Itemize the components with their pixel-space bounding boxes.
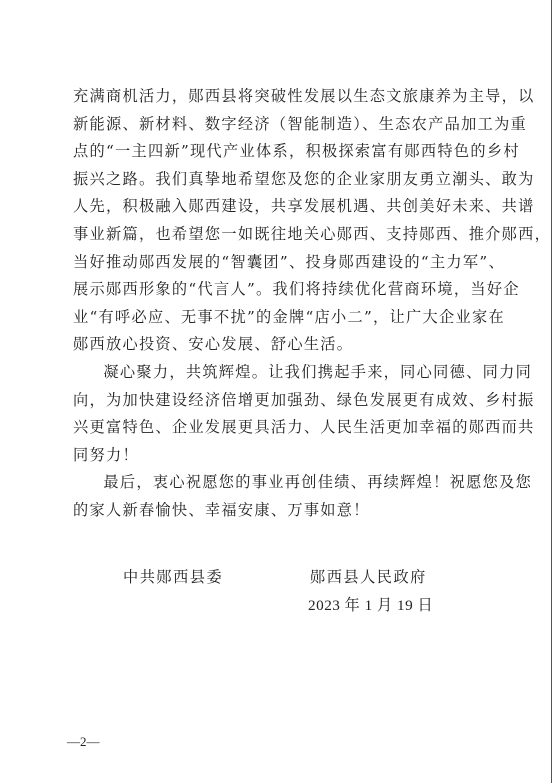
text-line: 最后，衷心祝愿您的事业再创佳绩、再续辉煌！祝愿您及您 bbox=[73, 469, 485, 497]
signature-date: 2023 年 1 月 19 日 bbox=[308, 594, 433, 615]
text-line: 当好推动郧西发展的“智囊团”、投身郧西建设的“主力军”、 bbox=[73, 249, 485, 277]
text-line: 新能源、新材料、数字经济（智能制造）、生态农产品加工为重 bbox=[73, 111, 485, 139]
text-line: 事业新篇，也希望您一如既往地关心郧西、支持郧西、推介郧西， bbox=[73, 221, 485, 249]
text-line: 业“有呼必应、无事不扰”的金牌“店小二”，让广大企业家在 bbox=[73, 304, 485, 332]
text-line: 充满商机活力，郧西县将突破性发展以生态文旅康养为主导，以 bbox=[73, 83, 485, 111]
text-line: 郧西放心投资、安心发展、舒心生活。 bbox=[73, 331, 485, 359]
paragraph-3: 最后，衷心祝愿您的事业再创佳绩、再续辉煌！祝愿您及您 的家人新春愉快、幸福安康、… bbox=[73, 469, 485, 524]
letter-body: 充满商机活力，郧西县将突破性发展以生态文旅康养为主导，以 新能源、新材料、数字经… bbox=[73, 83, 485, 525]
text-line: 向，为加快建设经济倍增更加强劲、绿色发展更有成效、乡村振 bbox=[73, 387, 485, 415]
page-border bbox=[551, 0, 552, 783]
text-line: 凝心聚力，共筑辉煌。让我们携起手来，同心同德、同力同 bbox=[73, 359, 485, 387]
text-line: 兴更富特色、企业发展更具活力、人民生活更加幸福的郧西而共 bbox=[73, 414, 485, 442]
signatory-government: 郧西县人民政府 bbox=[310, 566, 427, 587]
text-line: 同努力！ bbox=[73, 442, 485, 470]
signatory-party-committee: 中共郧西县委 bbox=[123, 566, 223, 587]
text-line: 振兴之路。我们真挚地希望您及您的企业家朋友勇立潮头、敢为 bbox=[73, 166, 485, 194]
page-number: —2— bbox=[67, 734, 100, 750]
paragraph-1: 充满商机活力，郧西县将突破性发展以生态文旅康养为主导，以 新能源、新材料、数字经… bbox=[73, 83, 485, 359]
text-line: 的家人新春愉快、幸福安康、万事如意！ bbox=[73, 497, 485, 525]
paragraph-2: 凝心聚力，共筑辉煌。让我们携起手来，同心同德、同力同 向，为加快建设经济倍增更加… bbox=[73, 359, 485, 469]
text-line: 人先，积极融入郧西建设，共享发展机遇、共创美好未来、共谱 bbox=[73, 193, 485, 221]
text-line: 点的“一主四新”现代产业体系，积极探索富有郧西特色的乡村 bbox=[73, 138, 485, 166]
text-line: 展示郧西形象的“代言人”。我们将持续优化营商环境，当好企 bbox=[73, 276, 485, 304]
